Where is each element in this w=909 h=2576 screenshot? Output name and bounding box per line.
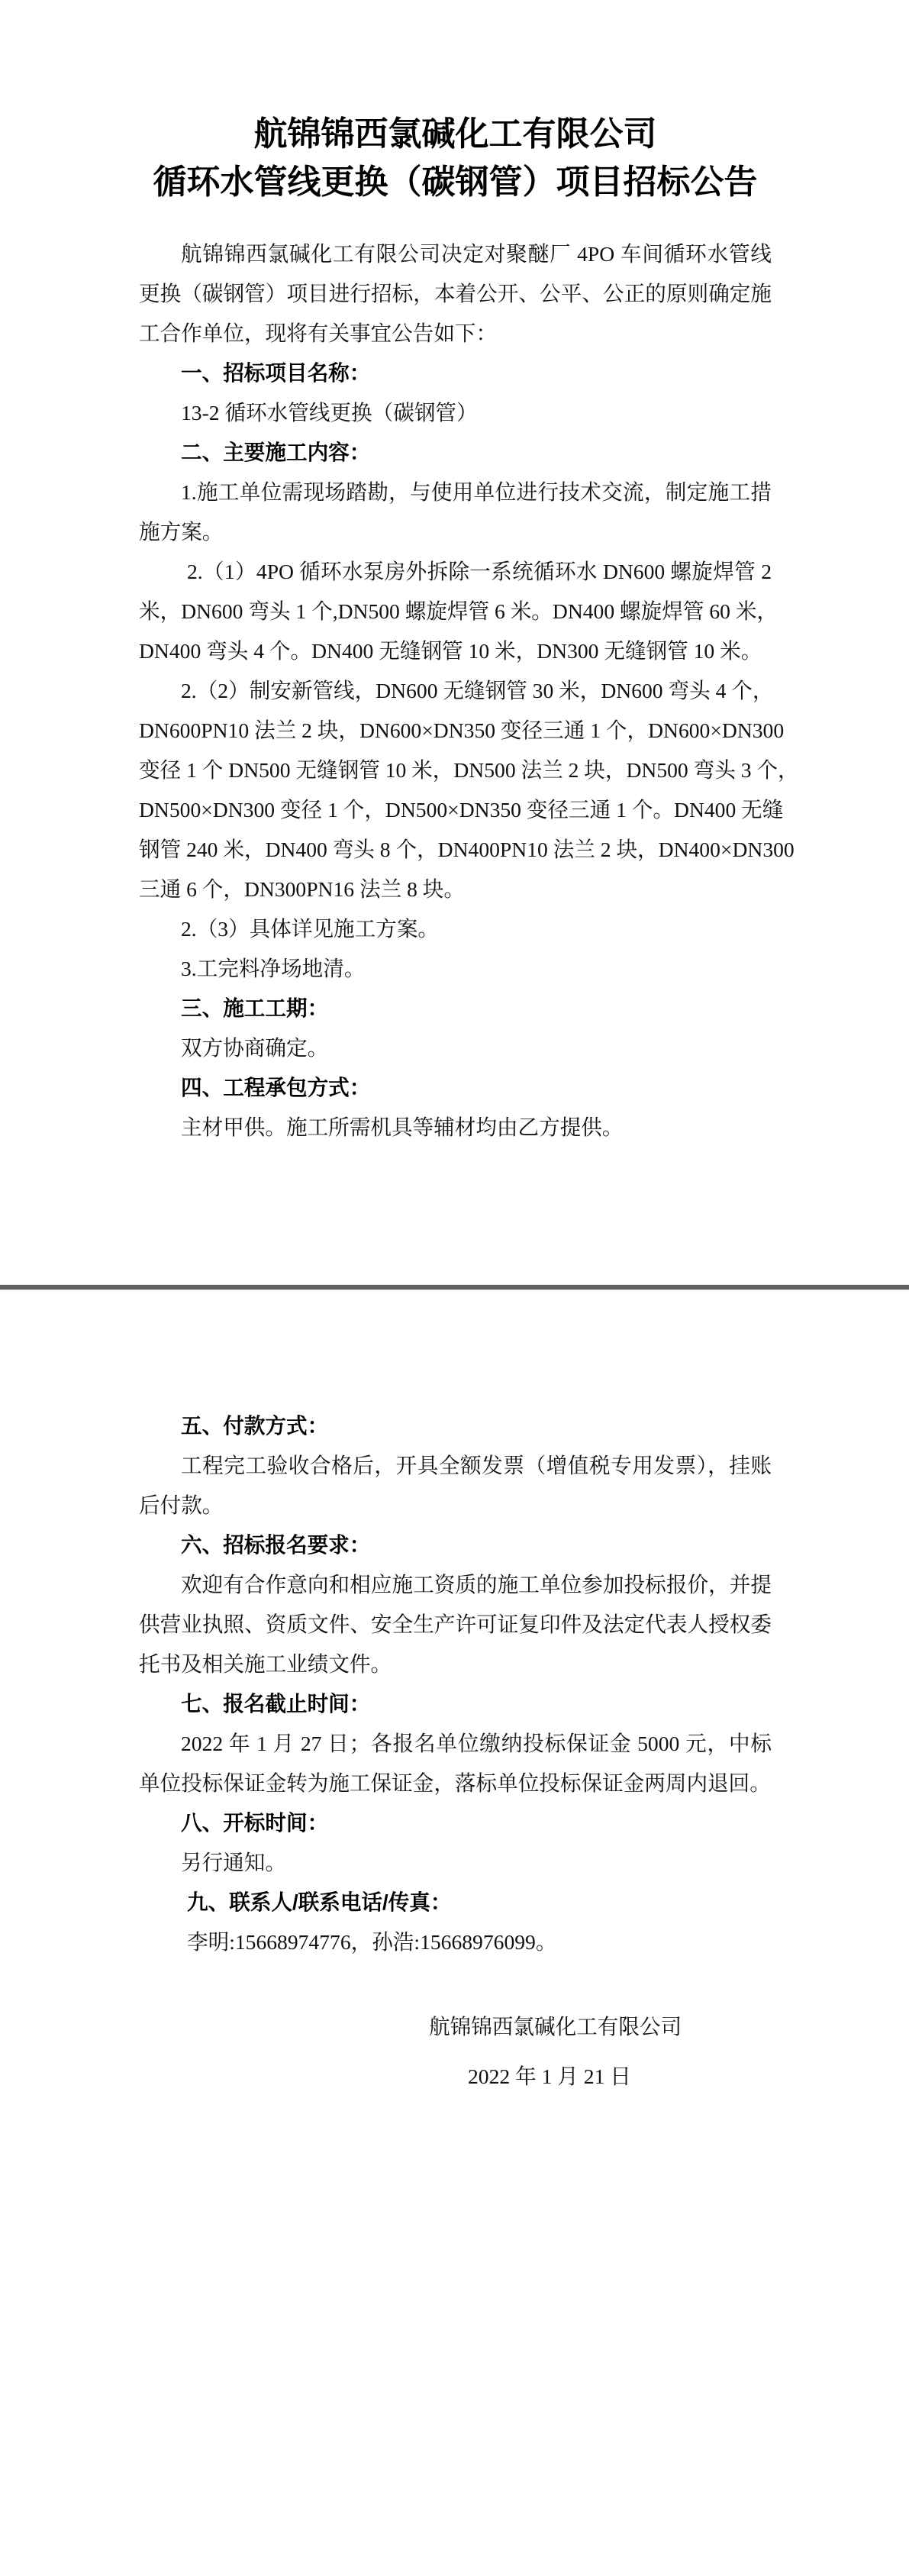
document-page-2: 五、付款方式： 工程完工验收合格后，开具全额发票（增值税专用发票），挂账 后付款… bbox=[0, 1290, 909, 2576]
text-line: 欢迎有合作意向和相应施工资质的施工单位参加投标报价，并提 bbox=[139, 1565, 772, 1605]
page-break-divider bbox=[0, 1285, 909, 1290]
text-line: 单位投标保证金转为施工保证金，落标单位投标保证金两周内退回。 bbox=[139, 1764, 772, 1803]
text-line: 托书及相关施工业绩文件。 bbox=[139, 1645, 772, 1684]
text-line: 另行通知。 bbox=[139, 1843, 772, 1883]
text-line: 三通 6 个，DN300PN16 法兰 8 块。 bbox=[139, 870, 772, 909]
document-title: 航锦锦西氯碱化工有限公司 循环水管线更换（碳钢管）项目招标公告 bbox=[139, 110, 772, 206]
text-line: 钢管 240 米，DN400 弯头 8 个，DN400PN10 法兰 2 块，D… bbox=[139, 830, 772, 870]
section-heading: 九、联系人/联系电话/传真： bbox=[139, 1883, 772, 1922]
text-line: 2.（2）制安新管线，DN600 无缝钢管 30 米，DN600 弯头 4 个， bbox=[139, 671, 772, 711]
text-line: 工合作单位，现将有关事宜公告如下： bbox=[139, 314, 772, 353]
work-item-1: 1.施工单位需现场踏勘，与使用单位进行技术交流，制定施工措 施方案。 bbox=[139, 473, 772, 552]
text-line: 2022 年 1 月 27 日；各报名单位缴纳投标保证金 5000 元，中标 bbox=[139, 1724, 772, 1764]
text-line: 更换（碳钢管）项目进行招标，本着公开、公平、公正的原则确定施 bbox=[139, 274, 772, 314]
text-line: 航锦锦西氯碱化工有限公司决定对聚醚厂 4PO 车间循环水管线 bbox=[139, 234, 772, 274]
section-heading: 八、开标时间： bbox=[139, 1803, 772, 1843]
section-heading: 一、招标项目名称： bbox=[139, 353, 772, 393]
section-payment-method: 五、付款方式： 工程完工验收合格后，开具全额发票（增值税专用发票），挂账 后付款… bbox=[139, 1406, 772, 1525]
text-line: 主材甲供。施工所需机具等辅材均由乙方提供。 bbox=[139, 1108, 772, 1148]
section-main-work: 二、主要施工内容： 1.施工单位需现场踏勘，与使用单位进行技术交流，制定施工措 … bbox=[139, 433, 772, 989]
section-heading: 六、招标报名要求： bbox=[139, 1525, 772, 1565]
document-body-page-2: 五、付款方式： 工程完工验收合格后，开具全额发票（增值税专用发票），挂账 后付款… bbox=[139, 1406, 772, 1962]
document-body-page-1: 航锦锦西氯碱化工有限公司决定对聚醚厂 4PO 车间循环水管线 更换（碳钢管）项目… bbox=[139, 234, 772, 1148]
text-line: 3.工完料净场地清。 bbox=[139, 949, 772, 989]
contact-line: 李明:15668974776，孙浩:15668976099。 bbox=[139, 1922, 772, 1962]
work-item-2-1: 2.（1）4PO 循环水泵房外拆除一系统循环水 DN600 螺旋焊管 2 米，D… bbox=[139, 552, 772, 671]
text-line: 2.（3）具体详见施工方案。 bbox=[139, 909, 772, 949]
section-heading: 四、工程承包方式： bbox=[139, 1068, 772, 1108]
text-line: DN400 弯头 4 个。DN400 无缝钢管 10 米，DN300 无缝钢管 … bbox=[139, 631, 772, 671]
text-line: 米，DN600 弯头 1 个,DN500 螺旋焊管 6 米。DN400 螺旋焊管… bbox=[139, 592, 772, 631]
section-heading: 三、施工工期： bbox=[139, 989, 772, 1028]
section-project-name: 一、招标项目名称： 13-2 循环水管线更换（碳钢管） bbox=[139, 353, 772, 433]
section-heading: 七、报名截止时间： bbox=[139, 1684, 772, 1724]
text-line: 供营业执照、资质文件、安全生产许可证复印件及法定代表人授权委 bbox=[139, 1605, 772, 1645]
text-line: 工程完工验收合格后，开具全额发票（增值税专用发票），挂账 bbox=[139, 1446, 772, 1486]
document-page-1: 航锦锦西氯碱化工有限公司 循环水管线更换（碳钢管）项目招标公告 航锦锦西氯碱化工… bbox=[0, 0, 909, 1285]
section-contract-method: 四、工程承包方式： 主材甲供。施工所需机具等辅材均由乙方提供。 bbox=[139, 1068, 772, 1148]
work-item-2-2: 2.（2）制安新管线，DN600 无缝钢管 30 米，DN600 弯头 4 个，… bbox=[139, 671, 772, 909]
signature-company: 航锦锦西氯碱化工有限公司 bbox=[429, 2007, 682, 2047]
section-construction-period: 三、施工工期： 双方协商确定。 bbox=[139, 989, 772, 1068]
text-line: 后付款。 bbox=[139, 1486, 772, 1525]
title-line-company: 航锦锦西氯碱化工有限公司 bbox=[139, 110, 772, 158]
text-line: DN600PN10 法兰 2 块，DN600×DN350 变径三通 1 个，DN… bbox=[139, 711, 772, 751]
intro-paragraph: 航锦锦西氯碱化工有限公司决定对聚醚厂 4PO 车间循环水管线 更换（碳钢管）项目… bbox=[139, 234, 772, 353]
section-contact-info: 九、联系人/联系电话/传真： 李明:15668974776，孙浩:1566897… bbox=[139, 1883, 772, 1962]
section-heading: 二、主要施工内容： bbox=[139, 433, 772, 473]
text-line: 13-2 循环水管线更换（碳钢管） bbox=[139, 393, 772, 433]
section-registration-deadline: 七、报名截止时间： 2022 年 1 月 27 日；各报名单位缴纳投标保证金 5… bbox=[139, 1684, 772, 1803]
text-line: 变径 1 个 DN500 无缝钢管 10 米，DN500 法兰 2 块，DN50… bbox=[139, 751, 772, 790]
text-line: 1.施工单位需现场踏勘，与使用单位进行技术交流，制定施工措 bbox=[139, 473, 772, 512]
section-heading: 五、付款方式： bbox=[139, 1406, 772, 1446]
section-bid-opening-time: 八、开标时间： 另行通知。 bbox=[139, 1803, 772, 1883]
work-item-2-3: 2.（3）具体详见施工方案。 bbox=[139, 909, 772, 949]
work-item-3: 3.工完料净场地清。 bbox=[139, 949, 772, 989]
text-line: 2.（1）4PO 循环水泵房外拆除一系统循环水 DN600 螺旋焊管 2 bbox=[139, 552, 772, 592]
signature-date: 2022 年 1 月 21 日 bbox=[468, 2057, 631, 2097]
text-line: DN500×DN300 变径 1 个，DN500×DN350 变径三通 1 个。… bbox=[139, 790, 772, 830]
text-line: 双方协商确定。 bbox=[139, 1028, 772, 1068]
title-line-project: 循环水管线更换（碳钢管）项目招标公告 bbox=[139, 158, 772, 206]
text-line: 施方案。 bbox=[139, 512, 772, 552]
section-registration-requirements: 六、招标报名要求： 欢迎有合作意向和相应施工资质的施工单位参加投标报价，并提 供… bbox=[139, 1525, 772, 1684]
